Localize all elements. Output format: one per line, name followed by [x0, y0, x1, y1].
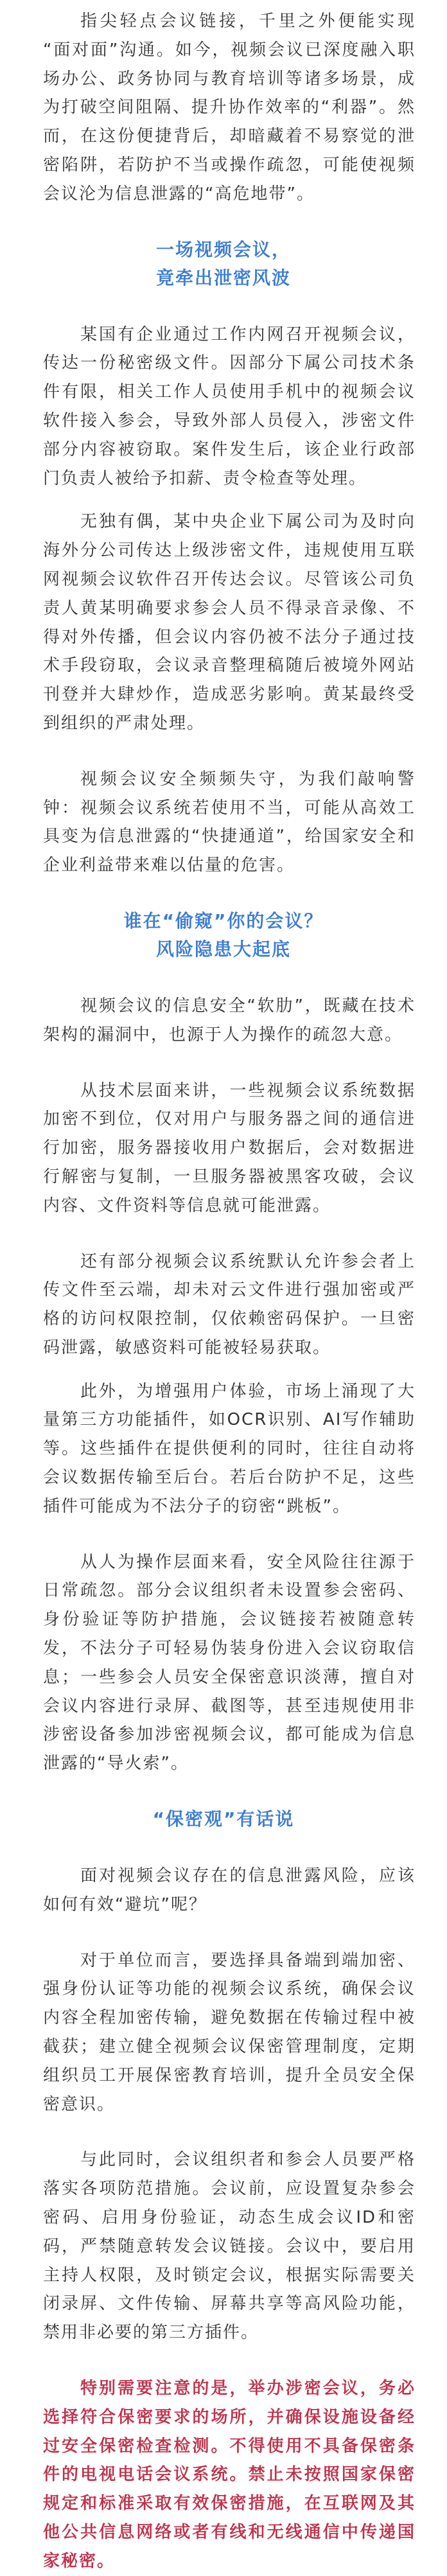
paragraph-line: “面对面”沟通。如今，视频会议已深度融入职 — [43, 36, 416, 65]
warning-paragraph: 视频会议安全频频失守，为我们敲响警钟：视频会议系统若使用不当，可能从高效工具变为… — [43, 765, 416, 880]
paragraph-line: 身份验证等防护措施，会议链接若被随意转 — [43, 1605, 416, 1634]
paragraph-line: 内容全程加密传输，避免数据在传输过程中被 — [43, 2004, 416, 2033]
paragraph-line: 部分内容被窃取。案件发生后，该企业行政部 — [43, 436, 416, 464]
cloud-risk-paragraph: 还有部分视频会议系统默认允许参会者上传文件至云端，却未对云文件进行强加密或严格的… — [43, 1248, 416, 1363]
paragraph-line: 组织员工开展保密教育培训，提升全员安全保 — [43, 2061, 416, 2090]
paragraph-line: 码，严禁随意转发会议链接。会议中，要启用 — [43, 2232, 416, 2261]
paragraph-line: 密陷阱，若防护不当或操作疏忽，可能使视频 — [43, 151, 416, 180]
paragraph-line: 到组织的严肃处理。 — [43, 709, 416, 738]
paragraph-line: 无独有偶，某中央企业下属公司为及时向 — [43, 507, 416, 536]
paragraph-line: 术手段窃取，会议录音整理稿随后被境外网站 — [43, 651, 416, 680]
paragraph-line: 禁用非必要的第三方插件。 — [43, 2318, 416, 2347]
paragraph-line: 企业利益带来难以估量的危害。 — [43, 851, 416, 880]
paragraph-line: 传达一份秘密级文件。因部分下属公司技术条 — [43, 349, 416, 378]
paragraph-line: 视频会议安全频频失守，为我们敲响警 — [43, 765, 416, 794]
paragraph-line: 责人黄某明确要求参会人员不得录音录像、不 — [43, 594, 416, 623]
paragraph-line: 与此同时，会议组织者和参会人员要严格 — [43, 2146, 416, 2175]
intro-paragraph: 指尖轻点会议链接，千里之外便能实现“面对面”沟通。如今，视频会议已深度融入职场办… — [43, 7, 416, 209]
heading-line: “保密观”有话说 — [0, 1805, 447, 1833]
paragraph-line: 日常疏忽。部分会议组织者未设置参会密码、 — [43, 1576, 416, 1605]
paragraph-line: 会议沦为信息泄露的“高危地带”。 — [43, 180, 416, 209]
organization-advice-paragraph: 对于单位而言，要选择具备端到端加密、强身份认证等功能的视频会议系统，确保会议内容… — [43, 1946, 416, 2119]
paragraph-line: 指尖轻点会议链接，千里之外便能实现 — [43, 7, 416, 36]
paragraph-line: 会议数据传输至后台。若后台防护不足，这些 — [43, 1463, 416, 1492]
heading-line: 一场视频会议， — [0, 236, 447, 264]
paragraph-line: 插件可能成为不法分子的窃密“跳板”。 — [43, 1492, 416, 1521]
paragraph-line: 密码、启用身份验证，动态生成会议ID和密 — [43, 2203, 416, 2232]
paragraph-line: 会议内容进行录屏、截图等，甚至违规使用非 — [43, 1692, 416, 1721]
heading-line: 风险隐患大起底 — [0, 935, 447, 964]
paragraph-line: 刊登并大肆炒作，造成恶劣影响。黄某最终受 — [43, 680, 416, 709]
paragraph-line: 内容、文件资料等信息就可能泄露。 — [43, 1192, 416, 1221]
heading-line: 谁在“偷窥”你的会议？ — [0, 907, 447, 935]
case-paragraph-1: 某国有企业通过工作内网召开视频会议，传达一份秘密级文件。因部分下属公司技术条件有… — [43, 321, 416, 493]
heading-line: 竟牵出泄密风波 — [0, 264, 447, 292]
paragraph-line: 发，不法分子可轻易伪装身份进入会议窃取信 — [43, 1634, 416, 1663]
paragraph-line: 从人为操作层面来看，安全风险往往源于 — [43, 1548, 416, 1577]
paragraph-line: 规定和标准采取有效保密措施，在互联网及其 — [43, 2489, 416, 2518]
advice-intro-paragraph: 面对视频会议存在的信息泄露风险，应该如何有效“避坑”呢？ — [43, 1862, 416, 1919]
human-risk-paragraph: 从人为操作层面来看，安全风险往往源于日常疏忽。部分会议组织者未设置参会密码、身份… — [43, 1548, 416, 1778]
paragraph-line: 码泄露，敏感资料可能被轻易获取。 — [43, 1334, 416, 1363]
paragraph-line: 架构的漏洞中，也源于人为操作的疏忽大意。 — [43, 1021, 416, 1050]
paragraph-line: 具变为信息泄露的“快捷通道”，给国家安全和 — [43, 822, 416, 851]
paragraph-line: 截获；建立健全视频会议保密管理制度，定期 — [43, 2033, 416, 2061]
section-heading-advice: “保密观”有话说 — [0, 1805, 447, 1833]
paragraph-line: 泄露的“导火索”。 — [43, 1749, 416, 1778]
paragraph-line: 此外，为增强用户体验，市场上涌现了大 — [43, 1377, 416, 1406]
paragraph-line: 面对视频会议存在的信息泄露风险，应该 — [43, 1862, 416, 1891]
paragraph-line: 行加密，服务器接收用户数据后，会对数据进 — [43, 1134, 416, 1163]
paragraph-line: 件有限，相关工作人员使用手机中的视频会议 — [43, 378, 416, 407]
paragraph-line: 某国有企业通过工作内网召开视频会议， — [43, 321, 416, 349]
paragraph-line: 而，在这份便捷背后，却暗藏着不易察觉的泄 — [43, 122, 416, 151]
paragraph-line: 他公共信息网络或者有线和无线通信中传递国 — [43, 2518, 416, 2547]
paragraph-line: 场办公、政务协同与教育培训等诸多场景，成 — [43, 65, 416, 94]
paragraph-line: 件的电视电话会议系统。禁止未按照国家保密 — [43, 2460, 416, 2489]
paragraph-line: 软件接入参会，导致外部人员侵入，涉密文件 — [43, 407, 416, 436]
paragraph-line: 息；一些参会人员安全保密意识淡薄，擅自对 — [43, 1663, 416, 1692]
article-body: 指尖轻点会议链接，千里之外便能实现“面对面”沟通。如今，视频会议已深度融入职场办… — [0, 0, 447, 2576]
paragraph-line: 强身份认证等功能的视频会议系统，确保会议 — [43, 1975, 416, 2004]
paragraph-line: 为打破空间阻隔、提升协作效率的“利器”。然 — [43, 93, 416, 122]
technical-risk-paragraph: 从技术层面来讲，一些视频会议系统数据加密不到位，仅对用户与服务器之间的通信进行加… — [43, 1077, 416, 1221]
paragraph-line: 量第三方功能插件，如OCR识别、AI写作辅助 — [43, 1406, 416, 1434]
paragraph-line: 过安全保密检查检测。不得使用不具备保密条 — [43, 2432, 416, 2461]
paragraph-line: 从技术层面来讲，一些视频会议系统数据 — [43, 1077, 416, 1106]
classified-meeting-warning: 特别需要注意的是，举办涉密会议，务必选择符合保密要求的场所，并确保设施设备经过安… — [43, 2374, 416, 2576]
paragraph-line: 格的访问权限控制，仅依赖密码保护。一旦密 — [43, 1305, 416, 1334]
risks-intro-paragraph: 视频会议的信息安全“软肋”，既藏在技术架构的漏洞中，也源于人为操作的疏忽大意。 — [43, 992, 416, 1050]
paragraph-line: 对于单位而言，要选择具备端到端加密、 — [43, 1946, 416, 1975]
paragraph-line: 落实各项防范措施。会议前，应设置复杂参会 — [43, 2175, 416, 2203]
paragraph-line: 钟：视频会议系统若使用不当，可能从高效工 — [43, 794, 416, 823]
section-heading-risks: 谁在“偷窥”你的会议？风险隐患大起底 — [0, 907, 447, 964]
paragraph-line: 如何有效“避坑”呢？ — [43, 1891, 416, 1919]
paragraph-line: 视频会议的信息安全“软肋”，既藏在技术 — [43, 992, 416, 1021]
paragraph-line: 选择符合保密要求的场所，并确保设施设备经 — [43, 2403, 416, 2432]
section-heading-case: 一场视频会议，竟牵出泄密风波 — [0, 236, 447, 292]
case-paragraph-2: 无独有偶，某中央企业下属公司为及时向海外分公司传达上级涉密文件，违规使用互联网视… — [43, 507, 416, 737]
paragraph-line: 传文件至云端，却未对云文件进行强加密或严 — [43, 1276, 416, 1305]
paragraph-line: 特别需要注意的是，举办涉密会议，务必 — [43, 2374, 416, 2403]
paragraph-line: 得对外传播，但会议内容仍被不法分子通过技 — [43, 623, 416, 652]
plugin-risk-paragraph: 此外，为增强用户体验，市场上涌现了大量第三方功能插件，如OCR识别、AI写作辅助… — [43, 1377, 416, 1521]
paragraph-line: 密意识。 — [43, 2090, 416, 2119]
paragraph-line: 等。这些插件在提供便利的同时，往往自动将 — [43, 1434, 416, 1463]
paragraph-line: 主持人权限，及时锁定会议，根据实际需要关 — [43, 2261, 416, 2290]
paragraph-line: 门负责人被给予扣薪、责令检查等处理。 — [43, 464, 416, 493]
paragraph-line: 家秘密。 — [43, 2547, 416, 2576]
participant-advice-paragraph: 与此同时，会议组织者和参会人员要严格落实各项防范措施。会议前，应设置复杂参会密码… — [43, 2146, 416, 2347]
paragraph-line: 海外分公司传达上级涉密文件，违规使用互联 — [43, 536, 416, 565]
paragraph-line: 涉密设备参加涉密视频会议，都可能成为信息 — [43, 1720, 416, 1749]
paragraph-line: 闭录屏、文件传输、屏幕共享等高风险功能， — [43, 2289, 416, 2318]
paragraph-line: 加密不到位，仅对用户与服务器之间的通信进 — [43, 1105, 416, 1134]
paragraph-line: 行解密与复制，一旦服务器被黑客攻破，会议 — [43, 1163, 416, 1192]
paragraph-line: 网视频会议软件召开传达会议。尽管该公司负 — [43, 565, 416, 594]
paragraph-line: 还有部分视频会议系统默认允许参会者上 — [43, 1248, 416, 1276]
